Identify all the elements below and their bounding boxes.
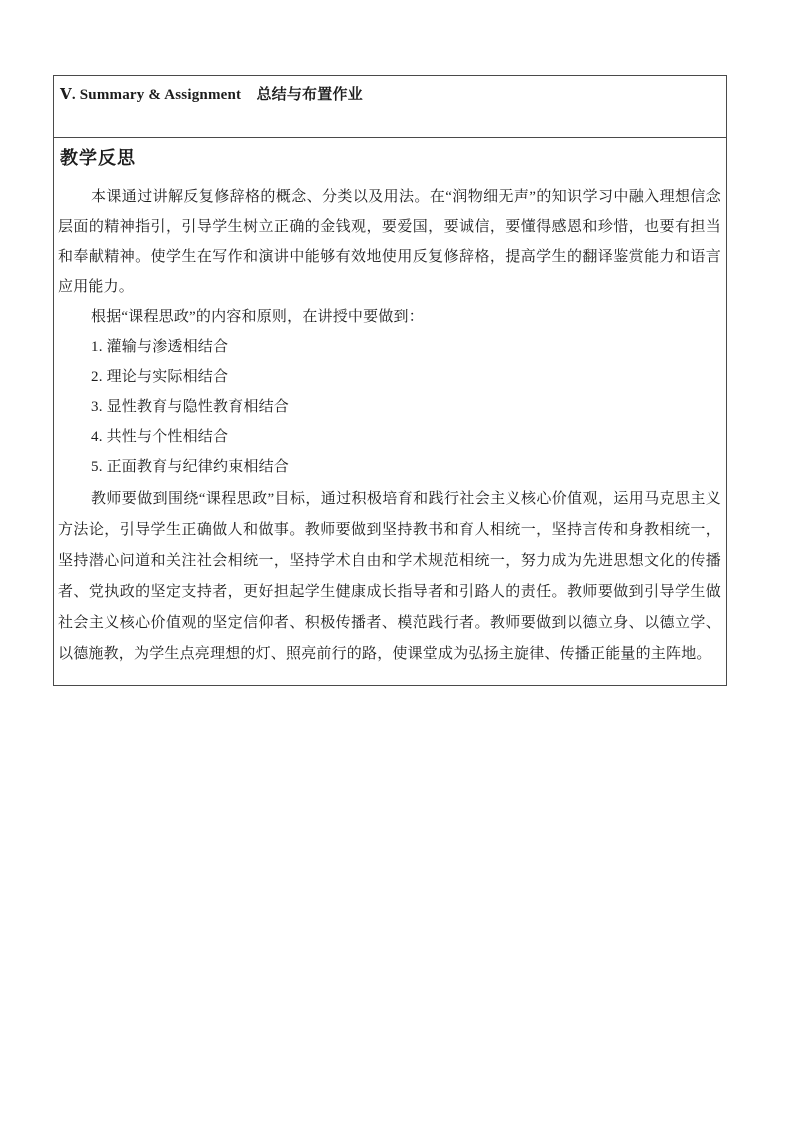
reflection-paragraph-closing: 教师要做到围绕“课程思政”目标，通过积极培育和践行社会主义核心价值观，运用马克思…	[58, 484, 721, 670]
principle-item-3: 3. 显性教育与隐性教育相结合	[58, 392, 721, 422]
reflection-title: 教学反思	[60, 146, 721, 171]
principle-item-2: 2. 理论与实际相结合	[58, 362, 721, 392]
reflection-paragraph-principles-lead: 根据“课程思政”的内容和原则，在讲授中要做到：	[58, 302, 721, 332]
principle-item-1: 1. 灌输与渗透相结合	[58, 332, 721, 362]
principle-item-5: 5. 正面教育与纪律约束相结合	[58, 452, 721, 482]
document-page: Ⅴ. Summary & Assignment 总结与布置作业 教学反思 本课通…	[0, 0, 794, 1123]
teaching-reflection-row: 教学反思 本课通过讲解反复修辞格的概念、分类以及用法。在“润物细无声”的知识学习…	[54, 138, 726, 685]
summary-assignment-row: Ⅴ. Summary & Assignment 总结与布置作业	[54, 76, 726, 138]
reflection-paragraph-intro: 本课通过讲解反复修辞格的概念、分类以及用法。在“润物细无声”的知识学习中融入理想…	[58, 182, 721, 302]
principle-item-4: 4. 共性与个性相结合	[58, 422, 721, 452]
section-heading: Ⅴ. Summary & Assignment 总结与布置作业	[60, 85, 720, 106]
lesson-plan-table: Ⅴ. Summary & Assignment 总结与布置作业 教学反思 本课通…	[53, 75, 727, 686]
